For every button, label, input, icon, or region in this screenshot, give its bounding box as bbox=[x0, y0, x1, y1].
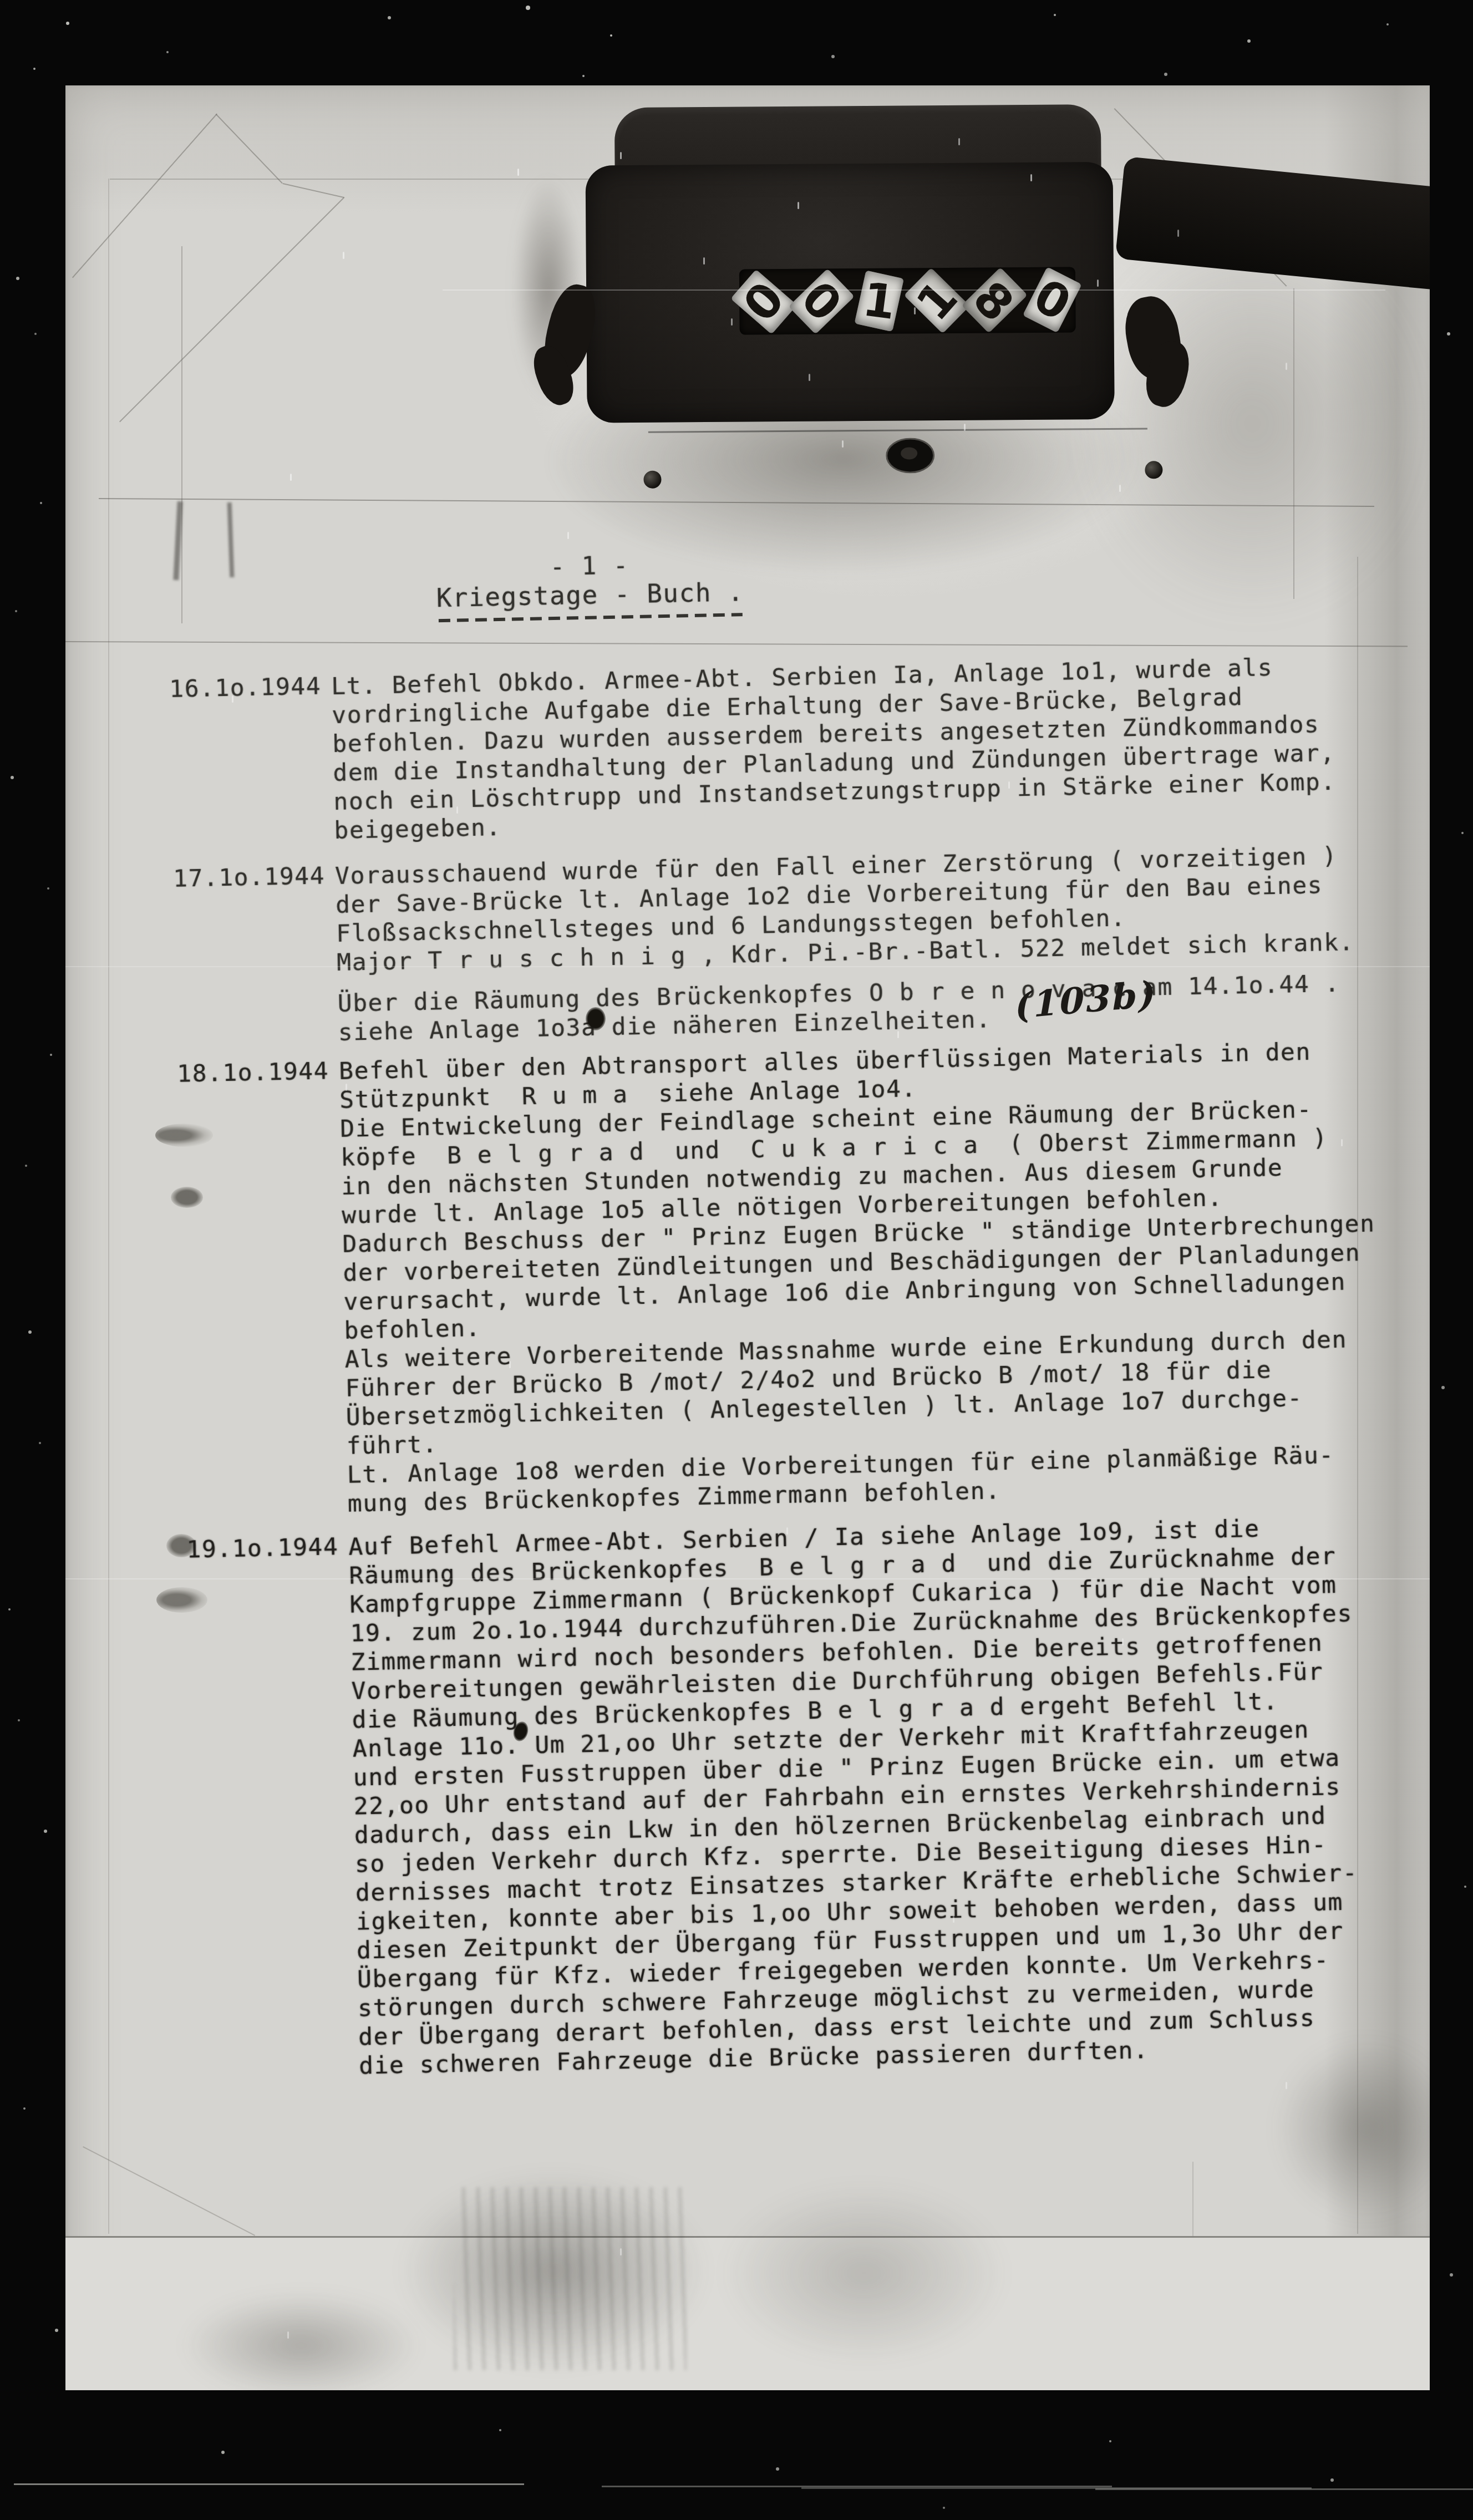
stain bbox=[720, 2182, 1008, 2365]
archival-photograph: - 1 - Kriegstage - Buch . 16.1o.1944Lt. … bbox=[65, 85, 1430, 2390]
counter-housing: 001180 bbox=[586, 162, 1115, 423]
diary-entry: 16.1o.1944Lt. Befehl Obkdo. Armee-Abt. S… bbox=[154, 651, 1388, 849]
entry-date: 18.1o.1944 bbox=[177, 1057, 329, 1088]
reset-keyhole bbox=[886, 438, 934, 474]
counter-digit: 1 bbox=[904, 268, 970, 334]
screw-icon bbox=[1145, 461, 1162, 479]
film-scratch bbox=[65, 966, 1430, 967]
entry-date: 19.1o.1944 bbox=[186, 1533, 339, 1563]
scanner-bed-dust bbox=[0, 0, 2, 2]
counter-digits: 001180 bbox=[739, 267, 1076, 334]
entry-date: 16.1o.1944 bbox=[169, 672, 322, 703]
film-scratch bbox=[443, 289, 1385, 291]
counter-digit: 0 bbox=[789, 268, 855, 334]
sheet-edge bbox=[108, 179, 109, 2234]
entry-date: 17.1o.1944 bbox=[173, 862, 326, 892]
stain-streaks bbox=[454, 2187, 687, 2370]
ink-blot bbox=[586, 1007, 606, 1030]
stain bbox=[182, 2293, 420, 2390]
document-entries: 16.1o.1944Lt. Befehl Obkdo. Armee-Abt. S… bbox=[154, 651, 1413, 2084]
diary-entry: 17.1o.1944Vorausschauend wurde für den F… bbox=[158, 841, 1392, 1050]
counter-digit: 8 bbox=[962, 267, 1028, 333]
screw-icon bbox=[643, 471, 661, 489]
dust-specks bbox=[65, 85, 67, 93]
frame-counter-device: 001180 bbox=[542, 85, 1189, 639]
counter-digit: 0 bbox=[730, 270, 797, 334]
film-scratch bbox=[65, 1578, 1430, 1579]
scanned-archive-frame: - 1 - Kriegstage - Buch . 16.1o.1944Lt. … bbox=[0, 0, 1473, 2520]
diary-entry: 18.1o.1944Befehl über den Abtransport al… bbox=[161, 1036, 1401, 1522]
film-scratch-bottom bbox=[14, 2483, 524, 2485]
counter-digit: 0 bbox=[1023, 267, 1082, 333]
counter-digit: 1 bbox=[855, 270, 904, 332]
typed-page: - 1 - Kriegstage - Buch . 16.1o.1944Lt. … bbox=[151, 537, 1413, 2084]
diary-entry: 19.1o.1944Auf Befehl Armee-Abt. Serbien … bbox=[171, 1512, 1413, 2084]
